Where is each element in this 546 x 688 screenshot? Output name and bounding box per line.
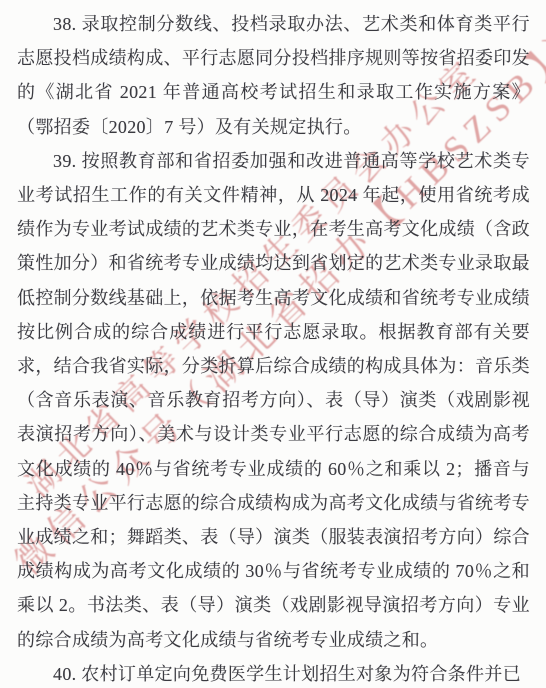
paragraph-39: 39. 按照教育部和省招委加强和改进普通高等学校艺术类专业考试招生工作的有关文件… (17, 144, 530, 657)
paragraph-38: 38. 录取控制分数线、投档录取办法、艺术类和体育类平行志愿投档成绩构成、平行志… (17, 7, 530, 144)
document-page: 湖北省高等学校招生委员会办公室 微信公众号（湖北省招办【HBSZSB】） 38.… (0, 0, 546, 688)
paragraph-40: 40. 农村订单定向免费医学生计划招生对象为符合条件并已 (17, 657, 530, 688)
